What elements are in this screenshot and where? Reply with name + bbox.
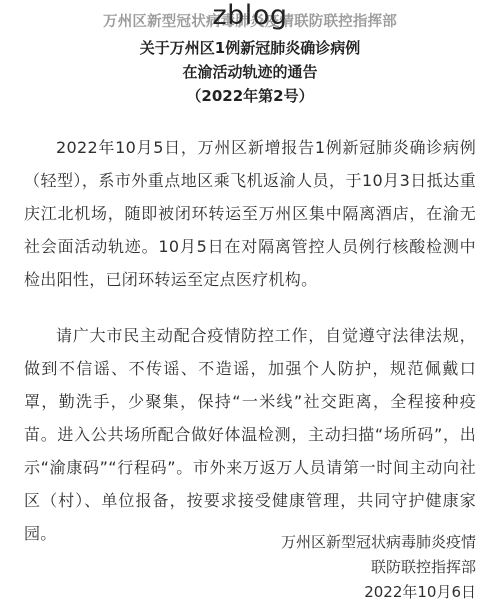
body-paragraph: 请广大市民主动配合疫情防控工作，自觉遵守法律法规，做到不信谣、不传谣、不造谣，加… bbox=[24, 319, 476, 550]
signature-block: 万州区新型冠状病毒肺炎疫情 联防联控指挥部 2022年10月6日 bbox=[281, 530, 476, 605]
body-paragraph-1-container: 2022年10月5日，万州区新增报告1例新冠肺炎确诊病例（轻型），系市外重点地区… bbox=[24, 131, 476, 296]
notice-title: 关于万州区1例新冠肺炎确诊病例 在渝活动轨迹的通告 （2022年第2号） bbox=[0, 36, 500, 108]
signature-date: 2022年10月6日 bbox=[281, 580, 476, 605]
title-line-3: （2022年第2号） bbox=[0, 84, 500, 108]
title-line-1: 关于万州区1例新冠肺炎确诊病例 bbox=[0, 36, 500, 60]
title-line-2: 在渝活动轨迹的通告 bbox=[0, 60, 500, 84]
notice-document: 万州区新型冠状病毒肺炎疫情联防联控指挥部 zblog 关于万州区1例新冠肺炎确诊… bbox=[0, 0, 500, 609]
body-paragraph-2-container: 请广大市民主动配合疫情防控工作，自觉遵守法律法规，做到不信谣、不传谣、不造谣，加… bbox=[24, 319, 476, 550]
watermark: zblog bbox=[0, 0, 500, 32]
body-paragraph: 2022年10月5日，万州区新增报告1例新冠肺炎确诊病例（轻型），系市外重点地区… bbox=[24, 131, 476, 296]
signature-org-line-2: 联防联控指挥部 bbox=[281, 555, 476, 580]
signature-org-line-1: 万州区新型冠状病毒肺炎疫情 bbox=[281, 530, 476, 555]
